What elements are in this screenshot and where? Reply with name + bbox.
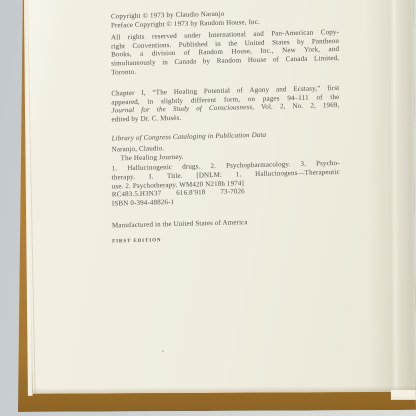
lc-control-number: 73-7026 <box>220 187 244 196</box>
rights-paragraph: All rights reserved under International … <box>111 28 339 77</box>
journal-volume-info: Vol. 2, No. 2, 1969, <box>254 101 339 111</box>
manufactured-line: Manufactured in the United States of Ame… <box>112 216 340 230</box>
dewey-number: 616.8′918 <box>176 188 205 197</box>
copyright-text-block: Copyright © 1973 by Claudio Naranjo Pref… <box>111 7 340 247</box>
photo-backdrop: Copyright © 1973 by Claudio Naranjo Pref… <box>0 0 416 416</box>
first-edition-label: FIRST EDITION <box>112 233 340 247</box>
chapter-source-note: Chapter I, “The Healing Potential of Ago… <box>111 84 339 124</box>
facing-page-edges <box>391 390 416 400</box>
copyright-page: Copyright © 1973 by Claudio Naranjo Pref… <box>27 0 416 394</box>
page-gutter-shadow <box>366 0 416 392</box>
manufactured-block: Manufactured in the United States of Ame… <box>112 216 340 230</box>
catalog-entry-block: 1. Hallucinogenic drugs. 2. Psychopharma… <box>112 159 340 208</box>
copyright-notice: Copyright © 1973 by Claudio Naranjo Pref… <box>111 7 339 30</box>
paper-speck <box>162 350 164 352</box>
book-cover: Copyright © 1973 by Claudio Naranjo Pref… <box>16 0 416 412</box>
